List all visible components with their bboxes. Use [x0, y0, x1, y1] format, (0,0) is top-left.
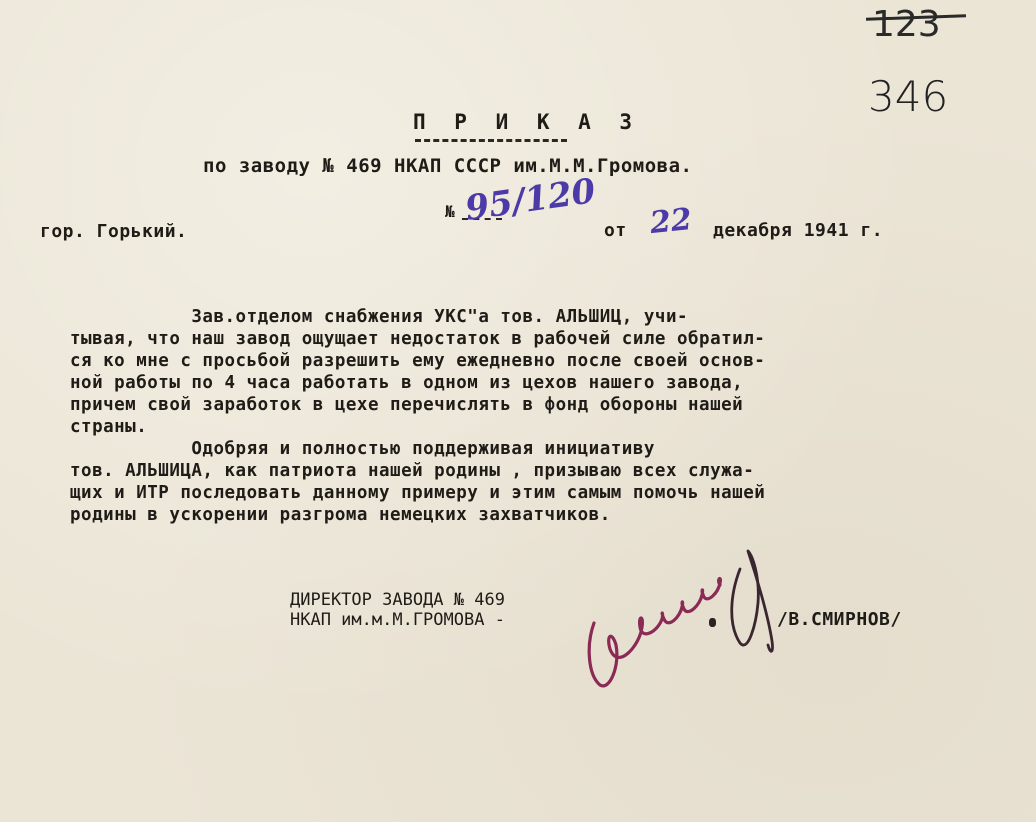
body-line: Зав.отделом снабжения УКС"а тов. АЛЬШИЦ,…	[70, 309, 688, 327]
date-day-handwritten: 22	[648, 202, 693, 241]
archive-new-page-number: 346	[868, 72, 948, 121]
body-line: тывая, что наш завод ощущает недостаток …	[70, 331, 765, 349]
body-line: страны.	[70, 419, 147, 437]
signatory-title-line2: НКАП им.м.М.ГРОМОВА -	[290, 610, 505, 630]
body-line: щих и ИТР последовать данному примеру и …	[70, 485, 765, 503]
signatory-name: /В.СМИРНОВ/	[777, 609, 902, 630]
body-line: причем свой заработок в цехе перечислять…	[70, 397, 743, 415]
date-prefix: от	[604, 220, 627, 241]
signature-dot	[709, 618, 716, 627]
order-number-handwritten: 95/120	[463, 171, 598, 229]
body-line: ся ко мне с просьбой разрешить ему ежедн…	[70, 353, 765, 371]
body-line: родины в ускорении разгрома немецких зах…	[70, 507, 611, 525]
document-title: П Р И К А З	[413, 110, 640, 134]
document-subtitle: по заводу № 469 НКАП СССР им.М.М.Громова…	[203, 155, 693, 177]
body-line: Одобряя и полностью поддерживая инициати…	[70, 441, 655, 459]
date-month-year: декабря 1941 г.	[713, 220, 883, 241]
body-line: ной работы по 4 часа работать в одном из…	[70, 375, 743, 393]
document-page: 123 346 П Р И К А З по заводу № 469 НКАП…	[0, 0, 1036, 822]
city-label: гор. Горький.	[40, 221, 187, 242]
title-underline	[415, 139, 567, 142]
order-number-prefix: №	[445, 202, 455, 221]
handwritten-signature-icon	[580, 545, 790, 695]
archive-old-page-number: 123	[872, 4, 941, 45]
signatory-title-line1: ДИРЕКТОР ЗАВОДА № 469	[290, 590, 505, 610]
body-line: тов. АЛЬШИЦА, как патриота нашей родины …	[70, 463, 754, 481]
